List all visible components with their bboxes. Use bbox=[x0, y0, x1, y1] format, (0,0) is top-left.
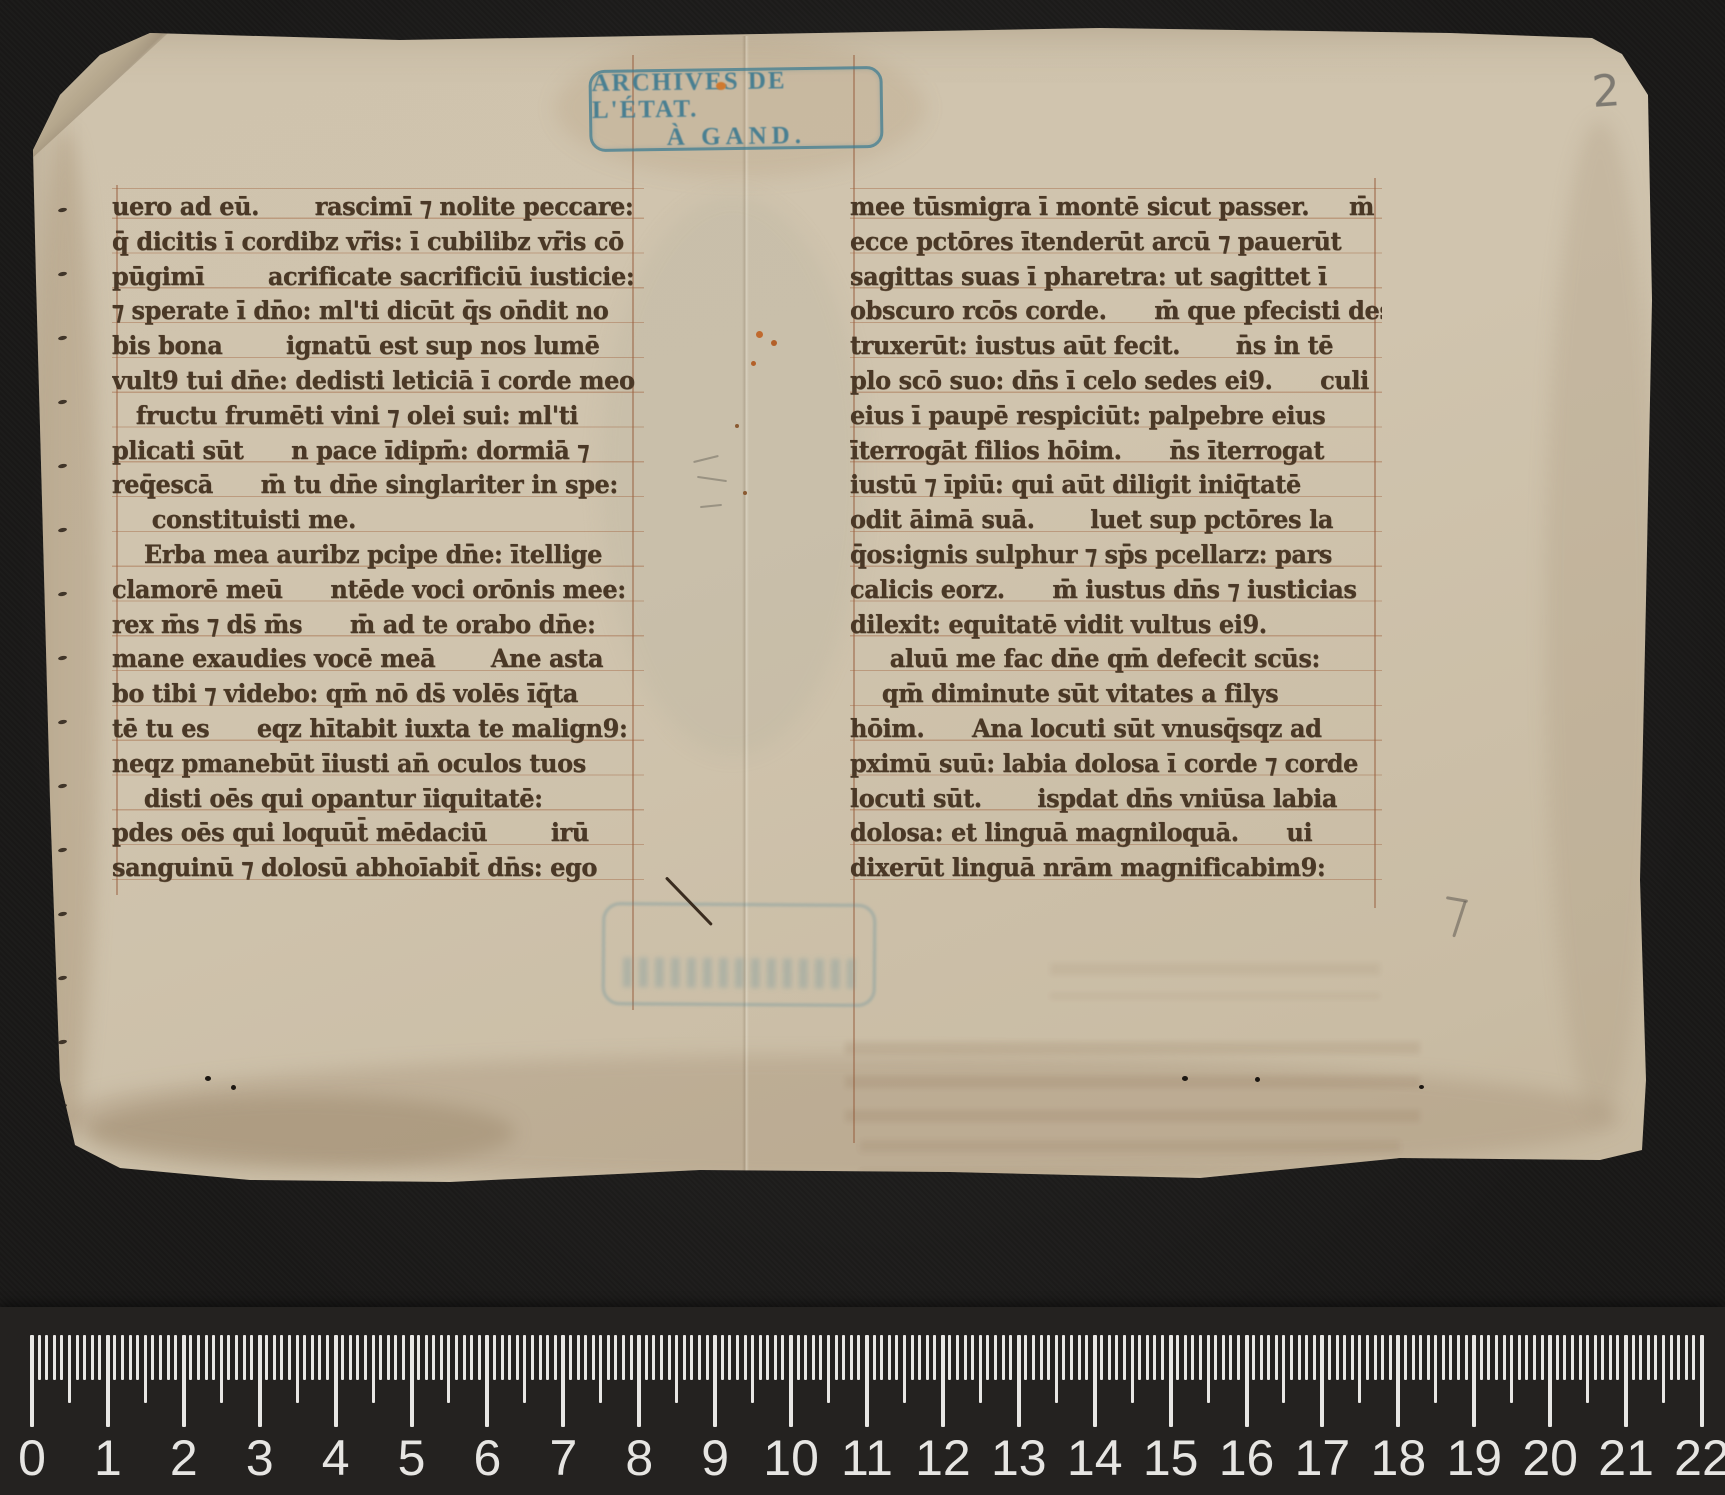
ruler-tick bbox=[189, 1335, 192, 1380]
ruler-tick bbox=[1419, 1335, 1422, 1380]
ruler-tick bbox=[607, 1335, 610, 1380]
ruler-tick bbox=[45, 1335, 48, 1380]
parchment-folio: uero ad eū. rascimī ⁊ nolite peccare:q̄ … bbox=[0, 0, 1725, 1495]
ruler-tick bbox=[766, 1335, 769, 1380]
ruler-tick bbox=[53, 1335, 56, 1380]
ruler-tick bbox=[60, 1335, 63, 1380]
ruler-tick bbox=[736, 1335, 739, 1380]
manuscript-line: aluū me fac dn̄e qm̄ defecit scūs: bbox=[850, 641, 1382, 677]
ruler-tick bbox=[561, 1335, 565, 1427]
manuscript-line: q̄os:ignis sulphur ⁊ sp̄s pcellarz: pars bbox=[850, 537, 1382, 573]
ruler-tick bbox=[212, 1335, 215, 1380]
ruler-tick bbox=[364, 1335, 367, 1380]
ruler-tick bbox=[637, 1335, 641, 1427]
ruler-tick bbox=[341, 1335, 344, 1380]
ruler-tick bbox=[1563, 1335, 1566, 1380]
ruler-tick bbox=[394, 1335, 397, 1380]
ruler-tick bbox=[819, 1335, 822, 1380]
prick-hole bbox=[58, 1103, 68, 1109]
ruler-tick bbox=[1123, 1335, 1126, 1380]
ruler-label: 7 bbox=[549, 1433, 577, 1483]
manuscript-line: qm̄ diminute sūt vitates a filys bbox=[850, 676, 1382, 712]
ink-spot bbox=[751, 361, 756, 366]
ruler-tick bbox=[599, 1335, 602, 1403]
ruler-tick bbox=[1639, 1335, 1642, 1380]
ruler-label: 8 bbox=[625, 1433, 653, 1483]
manuscript-line: Erba mea auribz pcipe dn̄e: ītellige bbox=[112, 537, 644, 573]
manuscript-line: pūgimī acrificate sacrificiū iusticie: bbox=[112, 259, 644, 295]
ruler-label: 2 bbox=[170, 1433, 198, 1483]
manuscript-line: clamorē meū ntēde voci orōnis mee: bbox=[112, 572, 644, 608]
ruler-tick bbox=[516, 1335, 519, 1380]
ruler-tick bbox=[1624, 1335, 1628, 1427]
ruler-tick bbox=[1320, 1335, 1324, 1427]
ruler-tick bbox=[622, 1335, 625, 1380]
ruler-tick bbox=[926, 1335, 929, 1380]
ruler-tick bbox=[1214, 1335, 1217, 1380]
ruler-tick bbox=[205, 1335, 208, 1380]
ruler-tick bbox=[804, 1335, 807, 1380]
ruler-tick bbox=[1381, 1335, 1384, 1380]
manuscript-line: fructu frumēti vini ⁊ olei sui: ml'ti bbox=[112, 398, 644, 434]
manuscript-line: calicis eorz. m̄ iustus dn̄s ⁊ iusticias bbox=[850, 572, 1382, 608]
ruler-tick bbox=[1449, 1335, 1452, 1380]
ruler-tick bbox=[888, 1335, 891, 1380]
ruler-tick bbox=[835, 1335, 838, 1380]
ruler-tick bbox=[865, 1335, 869, 1427]
ruler-tick bbox=[1457, 1335, 1460, 1380]
ruler-tick bbox=[751, 1335, 754, 1403]
ruler-tick bbox=[265, 1335, 268, 1380]
ruler-tick bbox=[1169, 1335, 1173, 1427]
manuscript-line: īterrogāt filios hōim. n̄s īterrogat bbox=[850, 433, 1382, 469]
ruler-tick bbox=[1153, 1335, 1156, 1380]
ruler-tick bbox=[273, 1335, 276, 1380]
ruler-tick bbox=[182, 1335, 186, 1427]
ruler-tick bbox=[1609, 1335, 1612, 1380]
folio-number: 2 bbox=[1590, 65, 1621, 118]
ruler-label: 1 bbox=[94, 1433, 122, 1483]
ruler-tick bbox=[1525, 1335, 1528, 1380]
ruler-tick bbox=[652, 1335, 655, 1380]
ink-spot bbox=[756, 331, 763, 338]
ruler-label: 16 bbox=[1219, 1433, 1275, 1483]
manuscript-photograph: uero ad eū. rascimī ⁊ nolite peccare:q̄ … bbox=[0, 0, 1725, 1495]
ruler-tick bbox=[1685, 1335, 1688, 1380]
ruler-label: 20 bbox=[1522, 1433, 1578, 1483]
ruler-tick bbox=[1275, 1335, 1278, 1380]
ruler-tick bbox=[1146, 1335, 1149, 1380]
ruler-tick bbox=[1024, 1335, 1027, 1380]
ruler-tick bbox=[425, 1335, 428, 1380]
ruler-tick bbox=[964, 1335, 967, 1380]
ruler-tick bbox=[478, 1335, 481, 1380]
ruler-tick bbox=[250, 1335, 253, 1380]
ruler-tick bbox=[1616, 1335, 1619, 1380]
ruler-tick bbox=[1510, 1335, 1513, 1403]
ruler-tick bbox=[1647, 1335, 1650, 1380]
ruler-tick bbox=[410, 1335, 414, 1427]
ruler-tick bbox=[584, 1335, 587, 1380]
ruler-tick bbox=[1389, 1335, 1392, 1380]
ruler-tick bbox=[948, 1335, 951, 1380]
ruler-tick bbox=[1131, 1335, 1134, 1403]
ruler-tick bbox=[546, 1335, 549, 1380]
ruler-tick bbox=[113, 1335, 116, 1380]
ruler-tick bbox=[1040, 1335, 1043, 1380]
ruler-tick bbox=[91, 1335, 94, 1380]
ruler-tick bbox=[1093, 1335, 1097, 1427]
ruler-tick bbox=[850, 1335, 853, 1380]
ruler-tick bbox=[706, 1335, 709, 1380]
ruler-tick bbox=[1078, 1335, 1081, 1380]
ruler-tick bbox=[1115, 1335, 1118, 1380]
manuscript-line: q̄ dicitis ī cordibz vr̄is: ī cubilibz v… bbox=[112, 224, 644, 260]
archive-stamp-text: À GAND. bbox=[667, 122, 807, 151]
manuscript-line: disti oēs qui opantur īiquitatē: bbox=[112, 781, 644, 817]
ruler-tick bbox=[508, 1335, 511, 1380]
ruler-tick bbox=[789, 1335, 793, 1427]
ruler-tick bbox=[296, 1335, 299, 1403]
stain bbox=[30, 130, 100, 1140]
ruler-tick bbox=[1017, 1335, 1021, 1427]
ruler-tick bbox=[1495, 1335, 1498, 1380]
ruler-tick bbox=[129, 1335, 132, 1380]
ruler-tick bbox=[258, 1335, 262, 1427]
manuscript-line: sagittas suas ī pharetra: ut sagittet ī bbox=[850, 259, 1382, 295]
ruler-tick bbox=[539, 1335, 542, 1380]
manuscript-line: vult9 tui dn̄e: dedisti leticiā ī corde … bbox=[112, 363, 644, 399]
ruler-label: 18 bbox=[1371, 1433, 1427, 1483]
ruler-tick bbox=[911, 1335, 914, 1380]
ruler-tick bbox=[334, 1335, 338, 1427]
ruler-tick bbox=[1518, 1335, 1521, 1380]
ruler-tick bbox=[1222, 1335, 1225, 1380]
ruler-tick bbox=[151, 1335, 154, 1380]
ruler-tick bbox=[1594, 1335, 1597, 1380]
ruler-tick bbox=[311, 1335, 314, 1380]
ruler-label: 6 bbox=[474, 1433, 502, 1483]
ruler-tick bbox=[1343, 1335, 1346, 1380]
manuscript-line: neqz pmanebūt īiusti an̄ oculos tuos bbox=[112, 746, 644, 782]
ruler-tick bbox=[994, 1335, 997, 1380]
ink-speck bbox=[205, 1076, 211, 1081]
ruler-label: 10 bbox=[763, 1433, 819, 1483]
ruler-tick bbox=[1700, 1335, 1704, 1427]
ruler-label: 4 bbox=[322, 1433, 350, 1483]
ruler-tick bbox=[1199, 1335, 1202, 1380]
manuscript-line: odit āimā suā. luet sup pctōres la bbox=[850, 502, 1382, 538]
ink-speck bbox=[1182, 1076, 1188, 1081]
stain bbox=[1545, 120, 1655, 1120]
ruler-label: 11 bbox=[841, 1433, 893, 1483]
verso-show-through bbox=[860, 1140, 1400, 1174]
ruler-tick bbox=[1654, 1335, 1657, 1380]
ruler-tick bbox=[857, 1335, 860, 1380]
manuscript-line: truxerūt: iustus aūt fecit. n̄s in tē bbox=[850, 328, 1382, 364]
manuscript-line: eius ī paupē respiciūt: palpebre eius bbox=[850, 398, 1382, 434]
ruler-tick bbox=[1404, 1335, 1407, 1380]
ruler-tick bbox=[288, 1335, 291, 1380]
ruler-label: 0 bbox=[18, 1433, 46, 1483]
archive-stamp-text: ARCHIVES DE L'ÉTAT. bbox=[591, 66, 880, 125]
ruler-tick bbox=[227, 1335, 230, 1380]
ruler-tick bbox=[1434, 1335, 1437, 1403]
ruler-tick bbox=[614, 1335, 617, 1380]
ruler-tick bbox=[144, 1335, 147, 1403]
ruler-tick bbox=[1055, 1335, 1058, 1403]
ruler-tick bbox=[1305, 1335, 1308, 1380]
ruler-label: 19 bbox=[1446, 1433, 1502, 1483]
ruler-label: 17 bbox=[1295, 1433, 1351, 1483]
ruler-label: 21 bbox=[1598, 1433, 1654, 1483]
ruler-tick bbox=[1184, 1335, 1187, 1380]
ruler-tick bbox=[1207, 1335, 1210, 1403]
manuscript-line: bo tibi ⁊ videbo: qm̄ nō ds̄ volēs īq̄ta bbox=[112, 676, 644, 712]
ruler-tick bbox=[1009, 1335, 1012, 1380]
ruler-tick bbox=[1662, 1335, 1665, 1403]
ruler-tick bbox=[356, 1335, 359, 1380]
ruler-tick bbox=[1138, 1335, 1141, 1380]
ruler-label: 15 bbox=[1143, 1433, 1199, 1483]
ruler-tick bbox=[326, 1335, 329, 1380]
ink-spot bbox=[771, 340, 777, 346]
ruler-tick bbox=[1632, 1335, 1635, 1380]
text-column-left: uero ad eū. rascimī ⁊ nolite peccare:q̄ … bbox=[112, 188, 644, 887]
ruler-tick bbox=[971, 1335, 974, 1380]
ruler-tick bbox=[675, 1335, 678, 1403]
manuscript-line: pdes oēs qui loquūt̄ mēdaciū irū bbox=[112, 815, 644, 851]
ruler-tick bbox=[1252, 1335, 1255, 1380]
ruler-tick bbox=[774, 1335, 777, 1380]
verso-show-through bbox=[845, 1042, 1420, 1130]
ruler-tick bbox=[1427, 1335, 1430, 1380]
ruler-tick bbox=[668, 1335, 671, 1380]
manuscript-line: dolosa: et linguā magniloquā. ui bbox=[850, 815, 1382, 851]
ruler-label: 13 bbox=[991, 1433, 1047, 1483]
ruler-tick bbox=[728, 1335, 731, 1380]
ruler-tick bbox=[1442, 1335, 1445, 1380]
manuscript-line: mane exaudies vocē meā Ane asta bbox=[112, 641, 644, 677]
ruler-tick bbox=[235, 1335, 238, 1380]
ruler-tick bbox=[121, 1335, 124, 1380]
ruler-tick bbox=[1487, 1335, 1490, 1380]
manuscript-line: plo scō suo: dn̄s ī celo sedes ei9. culi bbox=[850, 363, 1382, 399]
manuscript-line: pximū suū: labia dolosa ī corde ⁊ corde bbox=[850, 746, 1382, 782]
ruler-tick bbox=[1108, 1335, 1111, 1380]
ruler-tick bbox=[1351, 1335, 1354, 1380]
archive-stamp: ARCHIVES DE L'ÉTAT. À GAND. bbox=[588, 66, 883, 152]
manuscript-line: ecce pctōres ītenderūt arcū ⁊ pauerūt bbox=[850, 224, 1382, 260]
ruler-tick bbox=[842, 1335, 845, 1380]
ruler-tick bbox=[1396, 1335, 1400, 1427]
ruler-tick bbox=[303, 1335, 306, 1380]
ruler-tick bbox=[1579, 1335, 1582, 1380]
ruler-tick bbox=[1358, 1335, 1361, 1403]
ink-spot bbox=[735, 424, 739, 428]
ruler-tick bbox=[1100, 1335, 1103, 1380]
ruler-tick bbox=[986, 1335, 989, 1380]
manuscript-line: plicati sūt n pace īdipm̄: dormiā ⁊ bbox=[112, 433, 644, 469]
ruler-tick bbox=[220, 1335, 223, 1403]
ruler-tick bbox=[1282, 1335, 1285, 1403]
manuscript-line: dixerūt linguā nrām magnificabim9: bbox=[850, 850, 1382, 886]
ruler-tick bbox=[713, 1335, 717, 1427]
ruler-tick bbox=[903, 1335, 906, 1403]
manuscript-line: bis bona ignatū est sup nos lumē bbox=[112, 328, 644, 364]
ruler-tick bbox=[1692, 1335, 1695, 1380]
ruler-tick bbox=[402, 1335, 405, 1380]
ruler-tick bbox=[1601, 1335, 1604, 1380]
ruler-tick bbox=[318, 1335, 321, 1380]
ink-spot bbox=[743, 491, 747, 495]
ruler-tick bbox=[1290, 1335, 1293, 1380]
ruler-tick bbox=[501, 1335, 504, 1380]
ruler-tick bbox=[1245, 1335, 1249, 1427]
manuscript-line: req̄escā m̄ tu dn̄e singlariter in spe: bbox=[112, 467, 644, 503]
manuscript-line: locuti sūt. ispdat dn̄s vniūsa labia bbox=[850, 781, 1382, 817]
ruler-tick bbox=[1161, 1335, 1164, 1380]
ruler-tick bbox=[1336, 1335, 1339, 1380]
ruler-tick bbox=[68, 1335, 71, 1403]
ruler-tick bbox=[159, 1335, 162, 1380]
ink-speck bbox=[1255, 1077, 1260, 1082]
ruler-tick bbox=[83, 1335, 86, 1380]
ruler-tick bbox=[797, 1335, 800, 1380]
ruler-tick bbox=[1032, 1335, 1035, 1380]
ruler-tick bbox=[721, 1335, 724, 1380]
ink-speck bbox=[1419, 1085, 1424, 1089]
ruler-label: 3 bbox=[246, 1433, 274, 1483]
ruler-tick bbox=[432, 1335, 435, 1380]
ruler-tick bbox=[941, 1335, 945, 1427]
ruler-tick bbox=[447, 1335, 450, 1403]
ruler-tick bbox=[1412, 1335, 1415, 1380]
manuscript-line: constituisti me. bbox=[112, 502, 644, 538]
ruler-tick bbox=[387, 1335, 390, 1380]
ruler-tick bbox=[1191, 1335, 1194, 1380]
ruler-tick bbox=[1677, 1335, 1680, 1380]
ruler-label: 9 bbox=[701, 1433, 729, 1483]
ruler-tick bbox=[38, 1335, 41, 1380]
ruler-tick bbox=[569, 1335, 572, 1380]
ruler-tick bbox=[1047, 1335, 1050, 1380]
ruler-tick bbox=[106, 1335, 110, 1427]
manuscript-line: mee tūsmigra ī montē sicut passer. m̄ bbox=[850, 189, 1382, 225]
ruler-tick bbox=[1533, 1335, 1536, 1380]
ruler-tick bbox=[1313, 1335, 1316, 1380]
ruler-tick bbox=[30, 1335, 34, 1427]
ruler-tick bbox=[554, 1335, 557, 1380]
ruler-tick bbox=[1366, 1335, 1369, 1380]
ruler-tick bbox=[1260, 1335, 1263, 1380]
ruler-label: 14 bbox=[1067, 1433, 1123, 1483]
ruler-tick bbox=[1472, 1335, 1476, 1427]
ruler-tick bbox=[1237, 1335, 1240, 1380]
ruler-tick bbox=[136, 1335, 139, 1380]
offset-stamp-impression bbox=[602, 902, 877, 1007]
ruler-tick bbox=[592, 1335, 595, 1380]
ruler-tick bbox=[1070, 1335, 1073, 1380]
manuscript-line: tē tu es eqz hītabit iuxta te malign9: bbox=[112, 711, 644, 747]
ruler-tick bbox=[280, 1335, 283, 1380]
ruler-tick bbox=[690, 1335, 693, 1380]
manuscript-line: obscuro rcōs corde. m̄ que pfecisti des bbox=[850, 293, 1382, 329]
manuscript-line: iustū ⁊ īpiū: qui aūt diligit iniq̄tatē bbox=[850, 467, 1382, 503]
ruler-tick bbox=[197, 1335, 200, 1380]
ruler-tick bbox=[979, 1335, 982, 1403]
ruler-tick bbox=[1571, 1335, 1574, 1380]
ruler-tick bbox=[827, 1335, 830, 1403]
ruler-tick bbox=[1586, 1335, 1589, 1403]
ruler-tick bbox=[1541, 1335, 1544, 1380]
ruler-tick bbox=[349, 1335, 352, 1380]
manuscript-line: sanguinū ⁊ dolosū abhoīabit̄ dn̄s: ego bbox=[112, 850, 644, 886]
ruler-tick bbox=[630, 1335, 633, 1380]
stain bbox=[85, 1095, 515, 1170]
ruler-tick bbox=[645, 1335, 648, 1380]
ruler-label: 12 bbox=[915, 1433, 971, 1483]
ruler-tick bbox=[523, 1335, 526, 1403]
manuscript-line: ⁊ sperate ī dn̄o: ml'ti dicūt q̄s on̄dit… bbox=[112, 293, 644, 329]
ruler-tick bbox=[880, 1335, 883, 1380]
ruler-tick bbox=[1670, 1335, 1673, 1380]
text-column-right: mee tūsmigra ī montē sicut passer. m̄ecc… bbox=[850, 188, 1382, 887]
ruler-tick bbox=[485, 1335, 489, 1427]
ruler-tick bbox=[1374, 1335, 1377, 1380]
ink-speck bbox=[231, 1085, 236, 1090]
ruler-label: 22 bbox=[1674, 1433, 1725, 1483]
ruler-tick bbox=[1267, 1335, 1270, 1380]
ruler-tick bbox=[744, 1335, 747, 1380]
ruler-tick bbox=[1062, 1335, 1065, 1380]
ruler-tick bbox=[683, 1335, 686, 1380]
ruler-tick bbox=[1480, 1335, 1483, 1380]
ruler-tick bbox=[956, 1335, 959, 1380]
ruler-tick bbox=[1328, 1335, 1331, 1380]
ruler-tick bbox=[781, 1335, 784, 1380]
ruler-tick bbox=[174, 1335, 177, 1380]
measurement-ruler: 012345678910111213141516171819202122 bbox=[0, 1307, 1725, 1495]
ruler-tick bbox=[873, 1335, 876, 1380]
ruler-tick bbox=[455, 1335, 458, 1380]
ruler-tick bbox=[812, 1335, 815, 1380]
ruler-tick bbox=[698, 1335, 701, 1380]
ruler-tick bbox=[1298, 1335, 1301, 1380]
ink-spot bbox=[716, 82, 726, 90]
ruler-tick bbox=[463, 1335, 466, 1380]
ruler-label: 5 bbox=[398, 1433, 426, 1483]
ruler-tick bbox=[167, 1335, 170, 1380]
ruler-tick bbox=[243, 1335, 246, 1380]
ruler-tick bbox=[1085, 1335, 1088, 1380]
ruler-tick bbox=[1002, 1335, 1005, 1380]
ruler-tick bbox=[1465, 1335, 1468, 1380]
ruler-tick bbox=[379, 1335, 382, 1380]
manuscript-line: uero ad eū. rascimī ⁊ nolite peccare: bbox=[112, 189, 644, 225]
ruler-tick bbox=[531, 1335, 534, 1380]
manuscript-line: rex m̄s ⁊ ds̄ m̄s m̄ ad te orabo dn̄e: bbox=[112, 607, 644, 643]
manuscript-line: dilexit: equitatē vidit vultus ei9. bbox=[850, 607, 1382, 643]
ruler-tick bbox=[1503, 1335, 1506, 1380]
ruler-tick bbox=[372, 1335, 375, 1403]
ruler-tick bbox=[1548, 1335, 1552, 1427]
ruler-tick bbox=[98, 1335, 101, 1380]
verso-show-through bbox=[1050, 963, 1380, 999]
ruler-tick bbox=[493, 1335, 496, 1380]
ruler-tick bbox=[440, 1335, 443, 1380]
ruler-tick bbox=[417, 1335, 420, 1380]
